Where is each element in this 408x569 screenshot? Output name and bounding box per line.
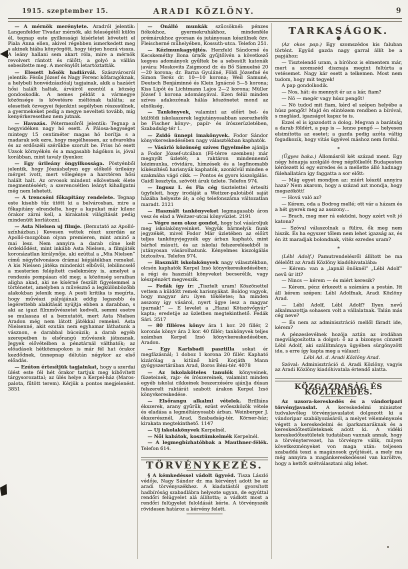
margin-ink-mark-icon (0, 49, 8, 59)
section-rule (187, 514, 223, 515)
paragraph-lead: — Tankönyvek, (148, 109, 196, 114)
newspaper-page: 1915. szeptember 15. ARADI KÖZLÖNY. 9 — … (0, 0, 408, 569)
spacer (275, 373, 402, 375)
news-paragraph: — Önálló munkák szűcsöknél: pénzes fióko… (141, 24, 268, 46)
paragraph-lead: — Havazás. (15, 121, 51, 126)
spacer (275, 243, 402, 245)
section-heading: TARKASÁGOK. (275, 28, 402, 34)
paragraph-lead: — Az iskolaköteles tanulók (148, 369, 240, 374)
paragraph-lead: — Önálló munkák (148, 24, 216, 29)
paragraph-lead: — Uj iskolakönyvek (148, 427, 202, 432)
news-paragraph: (Lébl Adolf.) Pamutrendelésről állított … (275, 254, 402, 265)
news-paragraph: — A legmegbízhatóbbak a Mauthner-félék. … (141, 440, 268, 451)
news-paragraph: (Ügyes baka.) Állomásról két század ment… (275, 154, 402, 176)
news-paragraph: (Az okos pap.) Egy szomszédos kis faluba… (275, 42, 402, 59)
news-paragraph: — Egy úrileány öngyilkossága. Pöstyénből… (8, 161, 135, 194)
news-paragraph: — 80 filléres könyv ára 1 kor. 20 fillér… (141, 323, 268, 345)
paragraph-lead: — Egy úrileány öngyilkossága. (15, 161, 109, 166)
paragraph-lead: — A trencséni főkapitány rendelete. (15, 195, 118, 200)
section-rule (275, 378, 402, 381)
news-paragraph: § A kémkedéssel vádolt ügyvéd. Tisza Lás… (141, 473, 268, 512)
dialog-line: — Kérem: van a „lapnál önöknél“ „Lébl Ad… (275, 266, 402, 277)
dialog-line: — Brach, meg mer rá esküdni, hogy azért … (275, 213, 402, 224)
news-paragraph: — Az iskolaköteles tanulók könyveinek, f… (141, 369, 268, 397)
paragraph-lead: (Az okos pap.) (282, 42, 326, 47)
dialog-line: Ezzel el is igazodott a dolog. Megvan a … (275, 120, 402, 142)
spacer (275, 143, 402, 145)
news-paragraph: — Fedák így ír: „Tisztelt uram! Köszönet… (141, 283, 268, 322)
news-paragraph: — Végre nem okoz gondot, hogy hol vásáro… (141, 220, 268, 259)
paragraph-lead: — Asta Nielsen uj filmje. (15, 224, 84, 229)
dialog-line: — Nos, hát: és mennyit ér az a kár, fiam… (275, 89, 402, 95)
news-paragraph: — Havazás. Pétermezőről jelentik: Tegnap… (8, 121, 135, 160)
dialog-line: — Nincs — kérem — és miért keresik? (275, 278, 402, 284)
paragraph-lead: — Elsőrangu alkalmi vételek. (148, 398, 248, 403)
section-rule (321, 397, 357, 398)
news-paragraph: — Asta Nielsen uj filmje. (Bemutató az A… (8, 224, 135, 363)
news-paragraph: — A trencséni főkapitány rendelete. Tegn… (8, 195, 135, 223)
news-paragraph: — Uj iskolakönyvek Kerpelnél. (141, 427, 268, 433)
page-number: 9 (396, 6, 401, 15)
spacer (141, 452, 268, 455)
column-separator (137, 23, 138, 559)
news-column-1: — A mérnök merénylete. Aradról jelentik:… (8, 24, 135, 564)
news-paragraph: — Kézimunkagyüjtés. Herzfeld Sándorné és… (141, 47, 268, 108)
news-paragraph: — A mérnök merénylete. Aradról jelentik:… (8, 24, 135, 69)
paragraph-lead: — Elesett hősök hadiárvái. (15, 70, 102, 75)
margin-ink-mark-icon (0, 484, 7, 496)
news-paragraph: — Elsőrangu alkalmi vételek. Brilliáns é… (141, 398, 268, 426)
paragraph-lead: — Végre nem okoz gondot, (148, 220, 221, 225)
news-column-3: TARKASÁGOK.●(Az okos pap.) Egy szomszédo… (275, 24, 402, 564)
paragraph-lead: — Ezúton értesítjük tagjainkat, (15, 364, 100, 369)
paragraph-lead: — Egy Karlsbadi pasztilla (148, 346, 243, 351)
star-ornament-icon: * (275, 146, 402, 151)
paragraph-lead: — Kézimunkagyüjtés. (148, 47, 211, 52)
news-column-2: — Önálló munkák szűcsöknél: pénzes fióko… (141, 24, 268, 564)
dialog-line: — Szóval válaszolnak a fülire, ők meg ne… (275, 225, 402, 242)
paragraph-lead: (Ügyes baka.) (282, 154, 319, 159)
dialog-line: — És nem az adminisztráció mellől fáradt… (275, 320, 402, 331)
paragraph-lead: — Használt tankönyveket (148, 208, 222, 213)
news-column-1-content: — A mérnök merénylete. Aradról jelentik:… (8, 24, 135, 392)
column-separator (271, 23, 272, 559)
paragraph-lead: — Vásárló közönség szíves figyelmébe (148, 145, 252, 150)
paragraph-lead: Az uzsora-kereskedés és a vándoripari tö… (275, 399, 402, 410)
masthead-title: ARADI KÖZLÖNY. (0, 6, 408, 16)
news-paragraph: — Női kabátok, kosztümkelmék Kerpelnél. (141, 434, 268, 440)
dialog-line: — Tisztelendő uram, a bíróhoz is elmente… (275, 60, 402, 82)
news-paragraph: — Ingusz I. és Fia cég tisztelettel érte… (141, 185, 268, 207)
paragraph-lead: — Zsidó ünnepi imakönyvek. (148, 133, 234, 138)
news-paragraph: Az uzsora-kereskedés és a vándoripari tö… (275, 399, 402, 466)
paragraph-lead: — 80 filléres könyv (148, 323, 209, 328)
paragraph-lead: — Fedák így ír: (148, 283, 198, 288)
dialog-line: — Mág egyet mondjon az: miért készül ann… (275, 177, 402, 194)
news-paragraph: — Vásárló közönség szíves figyelmébe ajá… (141, 145, 268, 184)
paragraph-lead: — A legmegbízhatóbbak a Mauthner-félék. (148, 440, 268, 445)
news-column-2-content: — Önálló munkák szűcsöknél: pénzes fióko… (141, 24, 268, 514)
paragraph-lead: — A mérnök merénylete. (15, 24, 93, 29)
paragraph-lead: — Használt iskolakönyvek (148, 260, 221, 265)
news-paragraph: — Tankönyvek, valamint az előírt bel- és… (141, 109, 268, 131)
dialog-line: — Nö tudod mit fiam, kérd el szépen hely… (275, 102, 402, 119)
header-rule (8, 18, 402, 22)
news-paragraph: — Használt tankönyveket legmagasabb áron… (141, 208, 268, 219)
dialog-line: — Nö — megér vagy húsz pengőt! (275, 96, 402, 102)
star-ornament-icon: * (275, 246, 402, 251)
news-column-3-content: TARKASÁGOK.●(Az okos pap.) Egy szomszédo… (275, 28, 402, 466)
center-line: Lébl Ad. d. Aradi Közlöny Arad. (275, 355, 402, 361)
dialog-line: — Hová való az? (275, 195, 402, 201)
news-paragraph: — Ezúton értesítjük tagjainkat, hogy a s… (8, 364, 135, 392)
scan-speck (387, 546, 389, 548)
news-paragraph: — Egy Karlsbadi pasztilla sokat ér megfá… (141, 346, 268, 368)
section-heading: TÖRVÉNYKEZÉS. (141, 463, 268, 469)
dialog-line: — Kérem, pénz érkezett a számára a postá… (275, 284, 402, 301)
paragraph-lead: (Lébl Adolf.) (282, 254, 318, 259)
paragraph-lead: — Női kabátok, kosztümkelmék (148, 434, 234, 439)
section-heading: KÖZGAZDASÁG ÉS KÖZLEKEDÉS. (275, 384, 402, 395)
dialog-line: A pénzeslevélnek hozója aztán az irodába… (275, 332, 402, 354)
paragraph-lead: § A kémkedéssel vádolt ügyvéd. (148, 473, 238, 478)
news-paragraph: — Elesett hősök hadiárvái. Szászvárosról… (8, 70, 135, 120)
news-paragraph: — Használt iskolakönyvek nagy választékb… (141, 260, 268, 282)
dialog-line: — Lébl Adolf, Lébl Adolf? Ilyen nevű alk… (275, 302, 402, 319)
dialog-line: A pap gondolkodik. (275, 83, 402, 89)
dialog-line: Szóval: Adminisztráció d. Aradi Közlöny,… (275, 361, 402, 372)
news-paragraph: — Zsidó ünnepi imakönyvek. Fodor Sándor … (141, 133, 268, 144)
dialog-line: — Kérem, oda a Bodrog mellé; ott vár a h… (275, 201, 402, 212)
paragraph-lead: — Ingusz I. és Fia cég (148, 185, 222, 190)
